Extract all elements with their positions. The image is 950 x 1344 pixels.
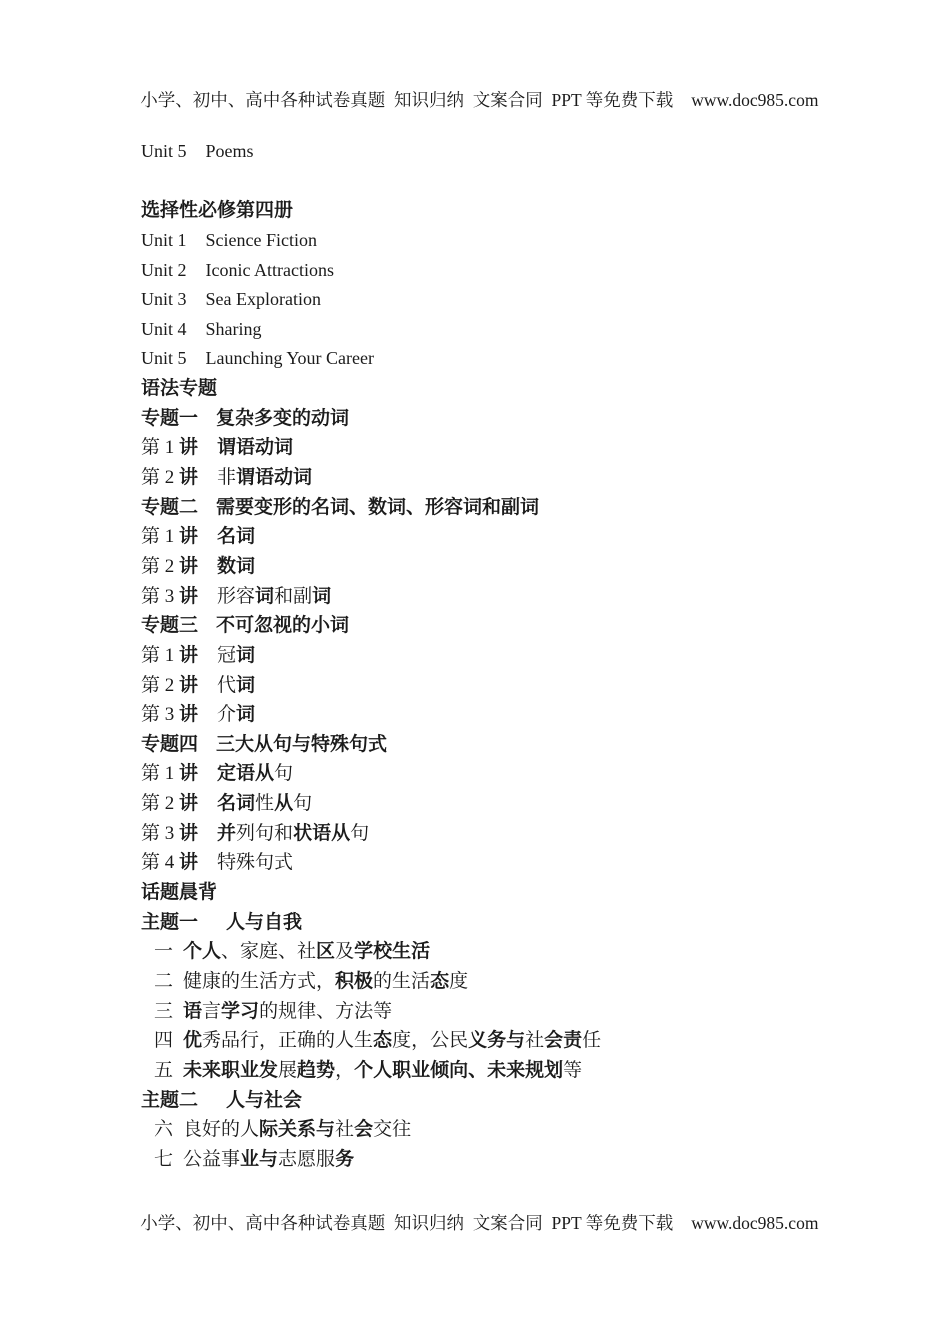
text-segment: 讲 [179,675,198,696]
subtopic-line: 二健康的生活方式，积极的生活态度 [141,967,920,997]
text-segment: 讲 [179,763,198,784]
text-segment: 专题三 [141,615,198,636]
text-segment: 第 3 [141,823,179,844]
subtopic-line: 七公益事业与志愿服务 [141,1145,920,1175]
lecture-line: 第 3 讲并列句和状语从句 [141,819,920,849]
lecture-line: 第 3 讲介词 [141,700,920,730]
text-segment: 第 3 [141,586,179,607]
text-segment: 四 [154,1030,173,1051]
text-segment: 讲 [179,437,198,458]
text-segment: 讲 [179,586,198,607]
text-segment: 讲 [179,645,198,666]
topic-heading: 专题三不可忽视的小词 [141,611,920,641]
text-segment: Launching Your Career [206,348,374,368]
lecture-line: 第 2 讲名词性从句 [141,789,920,819]
text-segment: 定语从 [217,763,274,784]
text-segment: 交往 [373,1119,411,1140]
text-segment: 区 [316,941,335,962]
text-segment: 专题一 [141,408,198,429]
text-segment: 讲 [179,704,198,725]
text-segment: 主题一 [141,912,198,933]
text-segment: 词 [312,586,331,607]
text-segment: 并 [217,823,236,844]
subtopic-line: 一个人、家庭、社区及学校生活 [141,937,920,967]
theme-heading: 主题一人与自我 [141,908,920,938]
text-segment: 社 [525,1030,544,1051]
unit-line: Unit 3Sea Exploration [141,285,920,315]
text-segment: 专题二 [141,497,198,518]
text-segment: 谓语动词 [236,467,312,488]
text-segment: 讲 [179,556,198,577]
text-segment: 第 3 [141,704,179,725]
text-segment: 和副 [274,586,312,607]
text-segment: 状语从 [293,823,350,844]
text-segment: 的规律、方法等 [259,1001,392,1022]
text-segment: 第 4 [141,852,179,873]
text-segment: 二 [154,971,173,992]
text-segment: 第 1 [141,645,179,666]
text-segment: 词 [236,675,255,696]
book-heading: 选择性必修第四册 [141,196,920,226]
page-footer: 小学、初中、高中各种试卷真题 知识归纳 文案合同 PPT 等免费下载www.do… [0,1190,950,1234]
site-url: www.doc985.com [691,1213,818,1233]
text-segment: 语 [183,1001,202,1022]
text-segment: 复杂多变的动词 [216,408,349,429]
text-segment: 秀品行，正确的人生 [202,1030,373,1051]
text-segment: 未来职业发 [183,1060,278,1081]
text-segment: 介 [217,704,236,725]
text-segment: 志愿服 [278,1149,335,1170]
text-segment: 谓语动词 [217,437,293,458]
text-segment: 讲 [179,793,198,814]
text-segment: 良好的人 [183,1119,259,1140]
text-segment: Poems [206,141,254,161]
lecture-line: 第 1 讲定语从句 [141,759,920,789]
unit-line: Unit 5Launching Your Career [141,344,920,374]
section-heading: 语法专题 [141,374,920,404]
text-segment: 会责 [544,1030,582,1051]
unit-line: Unit 4Sharing [141,315,920,345]
text-segment: 六 [154,1119,173,1140]
text-segment: 语法专题 [141,378,217,399]
text-segment: 的生活 [373,971,430,992]
text-segment: 列句和 [236,823,293,844]
text-segment: 第 2 [141,793,179,814]
text-segment: 展 [278,1060,297,1081]
unit-line: Unit 2Iconic Attractions [141,256,920,286]
text-segment: 积极 [335,971,373,992]
text-segment: ， [335,1060,354,1081]
text-segment: 讲 [179,467,198,488]
text-segment: Unit 3 [141,289,187,309]
text-segment: 性 [255,793,274,814]
text-segment: 第 2 [141,556,179,577]
text-segment: 选择性必修第四册 [141,200,293,221]
text-segment: 学习 [221,1001,259,1022]
lecture-line: 第 4 讲特殊句式 [141,848,920,878]
text-segment: 第 2 [141,467,179,488]
text-segment: 态 [430,971,449,992]
text-segment: 会 [354,1119,373,1140]
subtopic-line: 四优秀品行，正确的人生态度，公民义务与社会责任 [141,1026,920,1056]
unit-line: Unit 5Poems [141,137,920,167]
text-segment: Unit 1 [141,230,187,250]
text-segment: Science Fiction [206,230,317,250]
text-segment: 际关系与 [259,1119,335,1140]
text-segment: 业与 [240,1149,278,1170]
page-header: 小学、初中、高中各种试卷真题 知识归纳 文案合同 PPT 等免费下载www.do… [0,67,950,111]
subtopic-line: 五未来职业发展趋势，个人职业倾向、未来规划等 [141,1056,920,1086]
text-segment: 五 [154,1060,173,1081]
text-segment: 讲 [179,852,198,873]
text-segment: 从 [274,793,293,814]
theme-heading: 主题二人与社会 [141,1086,920,1116]
text-segment: Sharing [206,319,262,339]
text-segment: 讲 [179,526,198,547]
site-url: www.doc985.com [691,90,818,110]
document-page: { "page": { "background": "#ffffff", "te… [0,0,950,1344]
text-segment: 任 [582,1030,601,1051]
text-segment: 非 [217,467,236,488]
text-segment: 专题四 [141,734,198,755]
text-segment: 度 [449,971,468,992]
text-segment: Unit 4 [141,319,187,339]
topic-heading: 专题二需要变形的名词、数词、形容词和副词 [141,493,920,523]
text-segment: 第 2 [141,675,179,696]
text-segment: 个人职业倾向、未来规划 [354,1060,563,1081]
section-heading: 话题晨背 [141,878,920,908]
lecture-line: 第 2 讲数词 [141,552,920,582]
text-segment: 不可忽视的小词 [216,615,349,636]
lecture-line: 第 1 讲冠词 [141,641,920,671]
text-segment: 三大从句与特殊句式 [216,734,387,755]
site-tagline: 小学、初中、高中各种试卷真题 知识归纳 文案合同 PPT 等免费下载 [140,1213,673,1233]
text-segment: 冠 [217,645,236,666]
text-segment: 需要变形的名词、数词、形容词和副词 [216,497,539,518]
text-segment: 特殊句式 [217,852,293,873]
text-segment: 第 1 [141,526,179,547]
subtopic-line: 三语言学习的规律、方法等 [141,997,920,1027]
text-segment: 第 1 [141,437,179,458]
text-segment: 句 [293,793,312,814]
topic-heading: 专题四三大从句与特殊句式 [141,730,920,760]
text-segment: 三 [154,1001,173,1022]
text-segment: 数词 [217,556,255,577]
text-segment: 优 [183,1030,202,1051]
text-segment: 七 [154,1149,173,1170]
text-segment: 趋势 [297,1060,335,1081]
text-segment: 代 [217,675,236,696]
text-segment: 名词 [217,526,255,547]
text-segment: 词 [236,704,255,725]
text-segment: Unit 2 [141,260,187,280]
text-segment: 义务与 [468,1030,525,1051]
toc: Unit 5Poems选择性必修第四册Unit 1Science Fiction… [141,137,920,1174]
lecture-line: 第 1 讲谓语动词 [141,433,920,463]
text-segment: 度，公民 [392,1030,468,1051]
lecture-line: 第 2 讲代词 [141,671,920,701]
text-segment: 讲 [179,823,198,844]
text-segment: 话题晨背 [141,882,217,903]
text-segment: 言 [202,1001,221,1022]
text-segment: 人与社会 [226,1090,302,1111]
text-segment: 句 [274,763,293,784]
text-segment: 人与自我 [226,912,302,933]
site-tagline: 小学、初中、高中各种试卷真题 知识归纳 文案合同 PPT 等免费下载 [140,90,673,110]
lecture-line: 第 3 讲形容词和副词 [141,582,920,612]
text-segment: 名词 [217,793,255,814]
text-segment: 形容 [217,586,255,607]
text-segment: 及 [335,941,354,962]
topic-heading: 专题一复杂多变的动词 [141,404,920,434]
text-segment: 等 [563,1060,582,1081]
unit-line: Unit 1Science Fiction [141,226,920,256]
text-segment: 第 1 [141,763,179,784]
text-segment: Iconic Attractions [206,260,334,280]
text-segment: Unit 5 [141,348,187,368]
text-segment: 词 [236,645,255,666]
lecture-line: 第 2 讲非谓语动词 [141,463,920,493]
text-segment: 态 [373,1030,392,1051]
text-segment: 一 [154,941,173,962]
text-segment: 公益事 [183,1149,240,1170]
text-segment: Unit 5 [141,141,187,161]
text-segment: 句 [350,823,369,844]
text-segment: 务 [335,1149,354,1170]
lecture-line: 第 1 讲名词 [141,522,920,552]
text-segment: 健康的生活方式， [183,971,335,992]
text-segment: 词 [255,586,274,607]
subtopic-line: 六良好的人际关系与社会交往 [141,1115,920,1145]
text-segment: 个人 [183,941,221,962]
text-segment: Sea Exploration [206,289,321,309]
text-segment: 学校生活 [354,941,430,962]
text-segment: 主题二 [141,1090,198,1111]
text-segment: 社 [335,1119,354,1140]
text-segment: 、家庭、社 [221,941,316,962]
blank-line [141,167,920,197]
